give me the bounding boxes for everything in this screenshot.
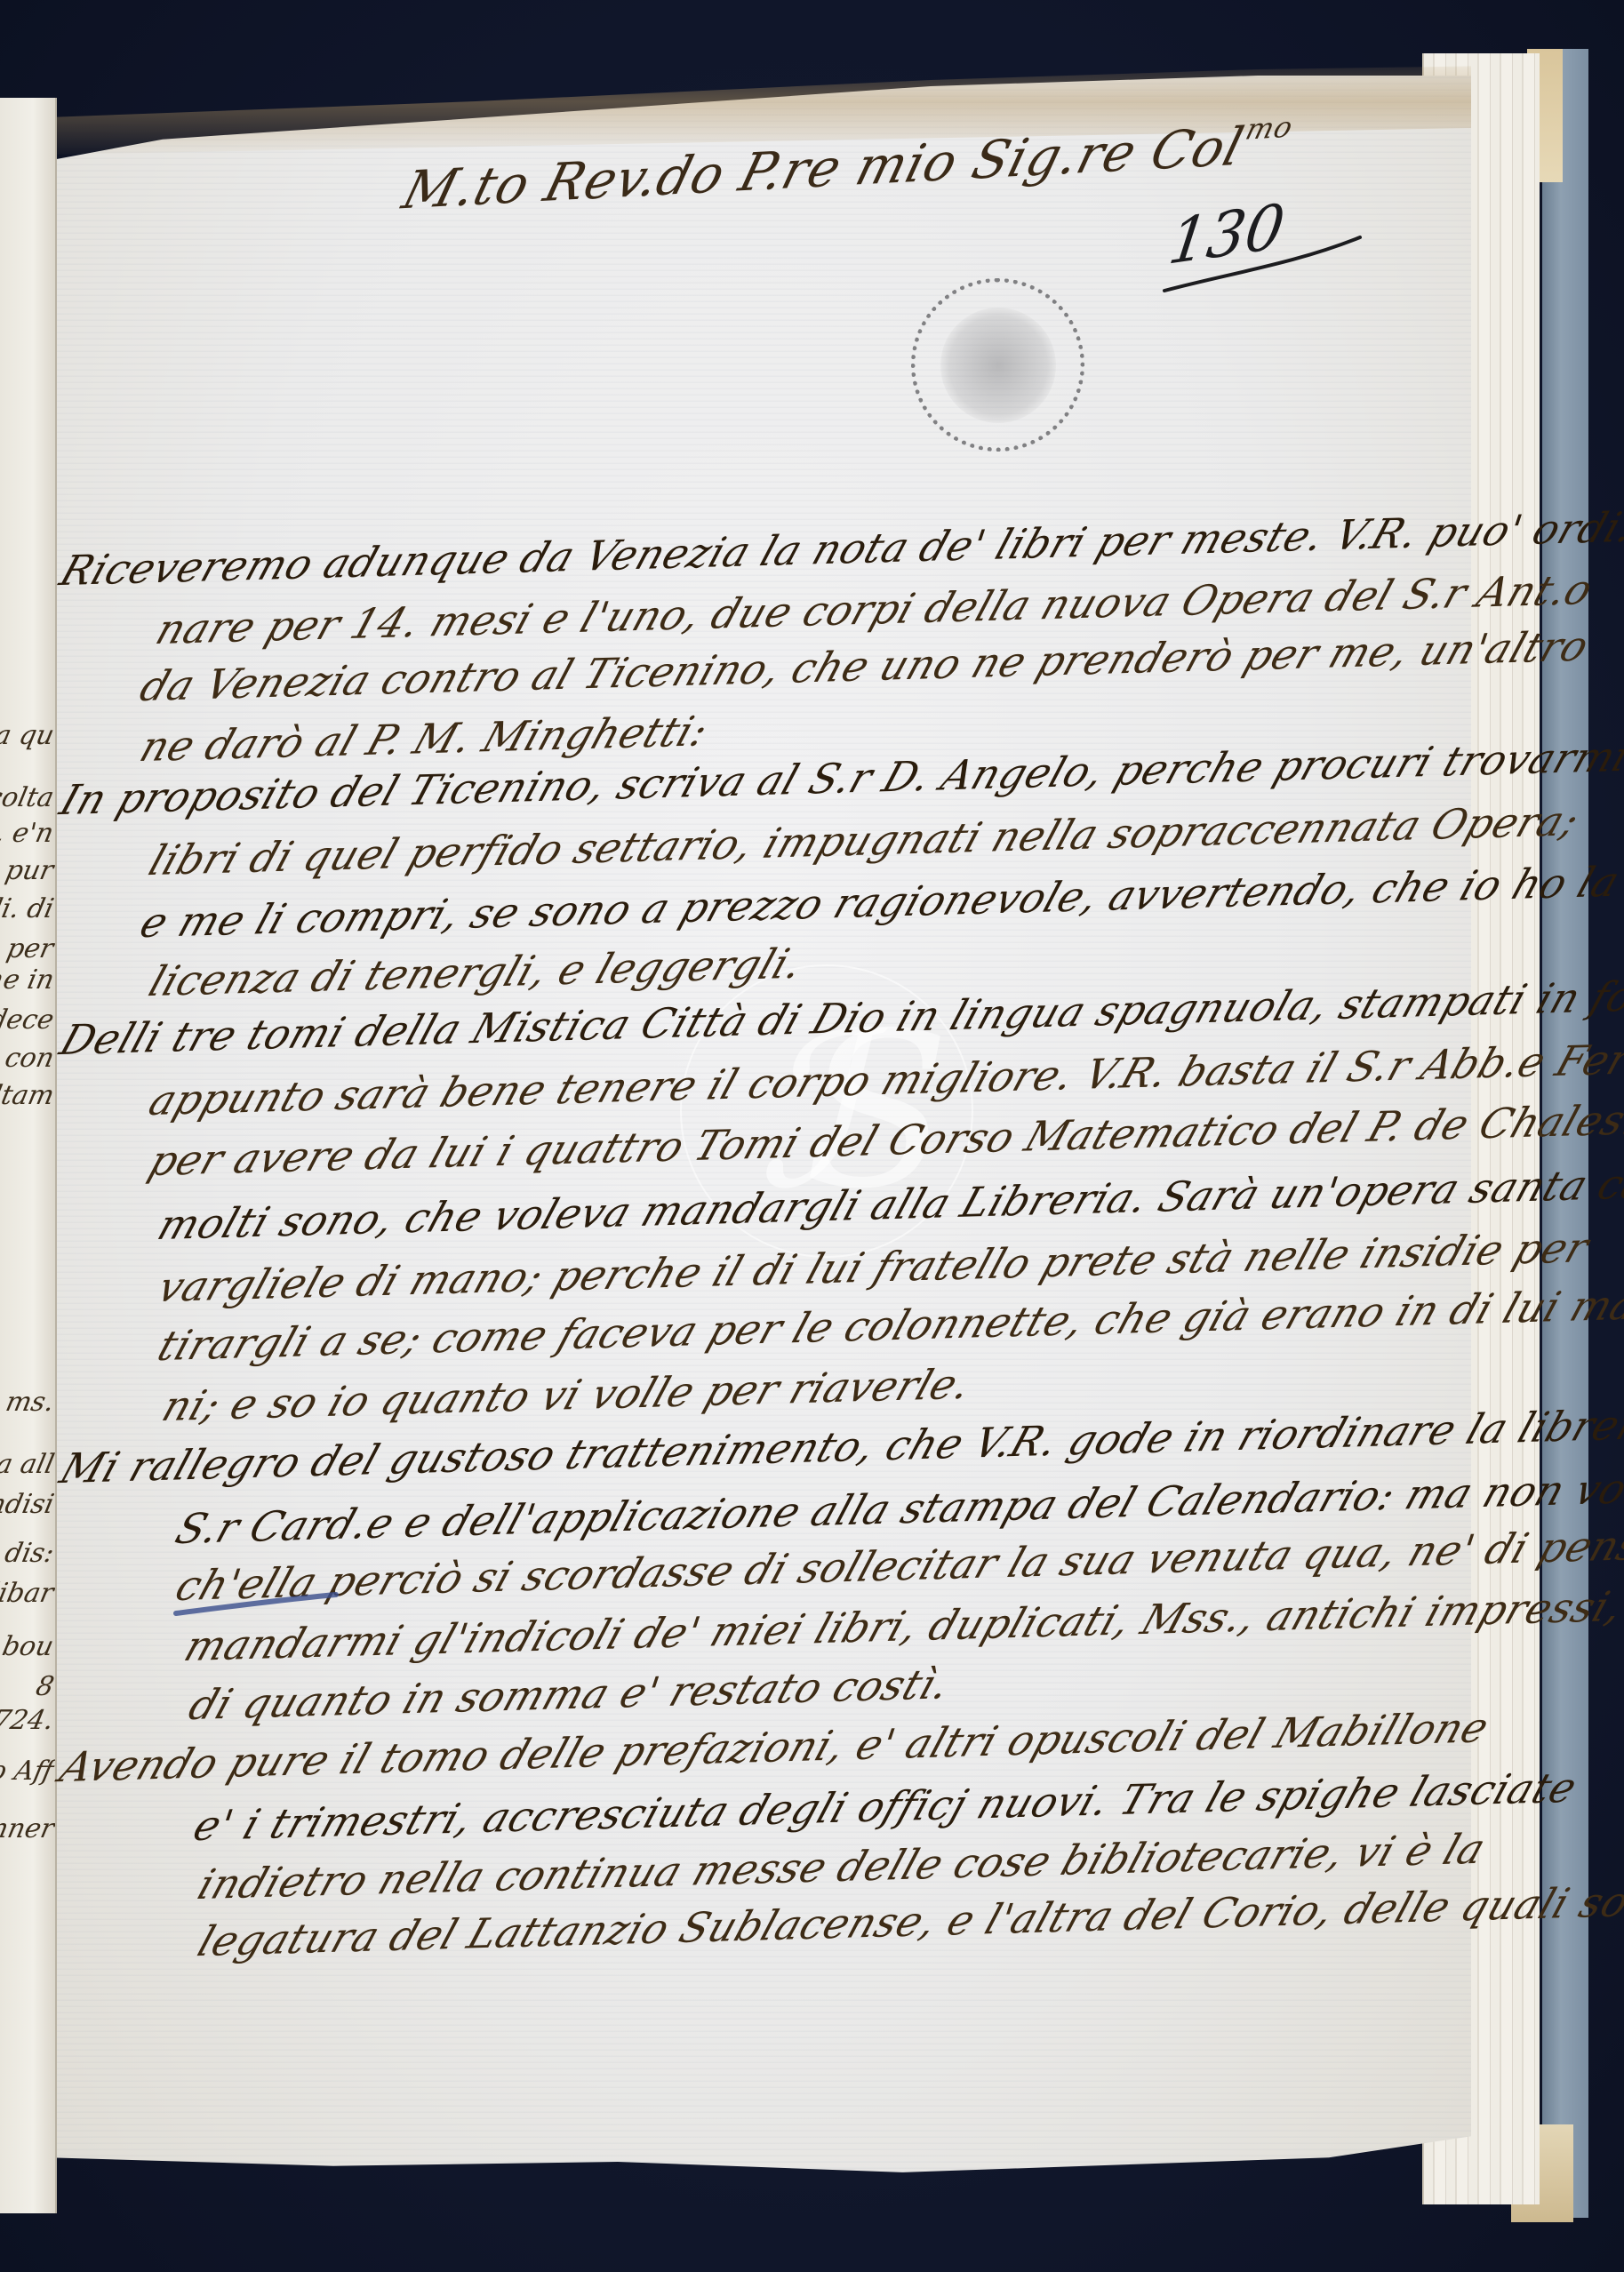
margin-fragment: a Alibar	[0, 1578, 57, 1609]
margin-fragment: 8	[33, 1671, 57, 1702]
margin-fragment: eri' dece	[0, 1004, 57, 1036]
folio-underline	[1160, 233, 1364, 295]
margin-fragment: a altam	[0, 1080, 57, 1111]
margin-fragment: S.o Aff	[0, 1756, 57, 1787]
margin-fragment: don con	[0, 1043, 57, 1074]
margin-fragment: Fanner	[0, 1813, 57, 1844]
margin-fragment: egno, e'n	[0, 818, 57, 849]
margin-fragment: Brindisi	[0, 1489, 57, 1520]
margin-fragment: Toli. di	[0, 893, 57, 924]
margin-fragment: che in	[0, 964, 57, 996]
library-stamp-icon	[911, 278, 1084, 452]
margin-fragment: 1724.	[0, 1705, 57, 1736]
margin-fragment: a' a bou	[0, 1631, 57, 1662]
margin-fragment: ioni, pur	[0, 855, 57, 886]
previous-page-edge: già da qu difficolta egno, e'n ioni, pur…	[0, 98, 57, 2213]
margin-fragment: zigo per	[0, 933, 57, 964]
manuscript-photo: già da qu difficolta egno, e'n ioni, pur…	[0, 0, 1624, 2272]
stamp-emblem	[940, 308, 1056, 423]
margin-fragment: ms.	[3, 1387, 57, 1418]
margin-fragment: già da qu	[0, 720, 57, 751]
margin-fragment: iche dis:	[0, 1538, 57, 1569]
blue-pencil-mark	[172, 1591, 340, 1618]
margin-fragment: difficolta	[0, 782, 57, 813]
margin-fragment: rita all	[0, 1449, 57, 1480]
